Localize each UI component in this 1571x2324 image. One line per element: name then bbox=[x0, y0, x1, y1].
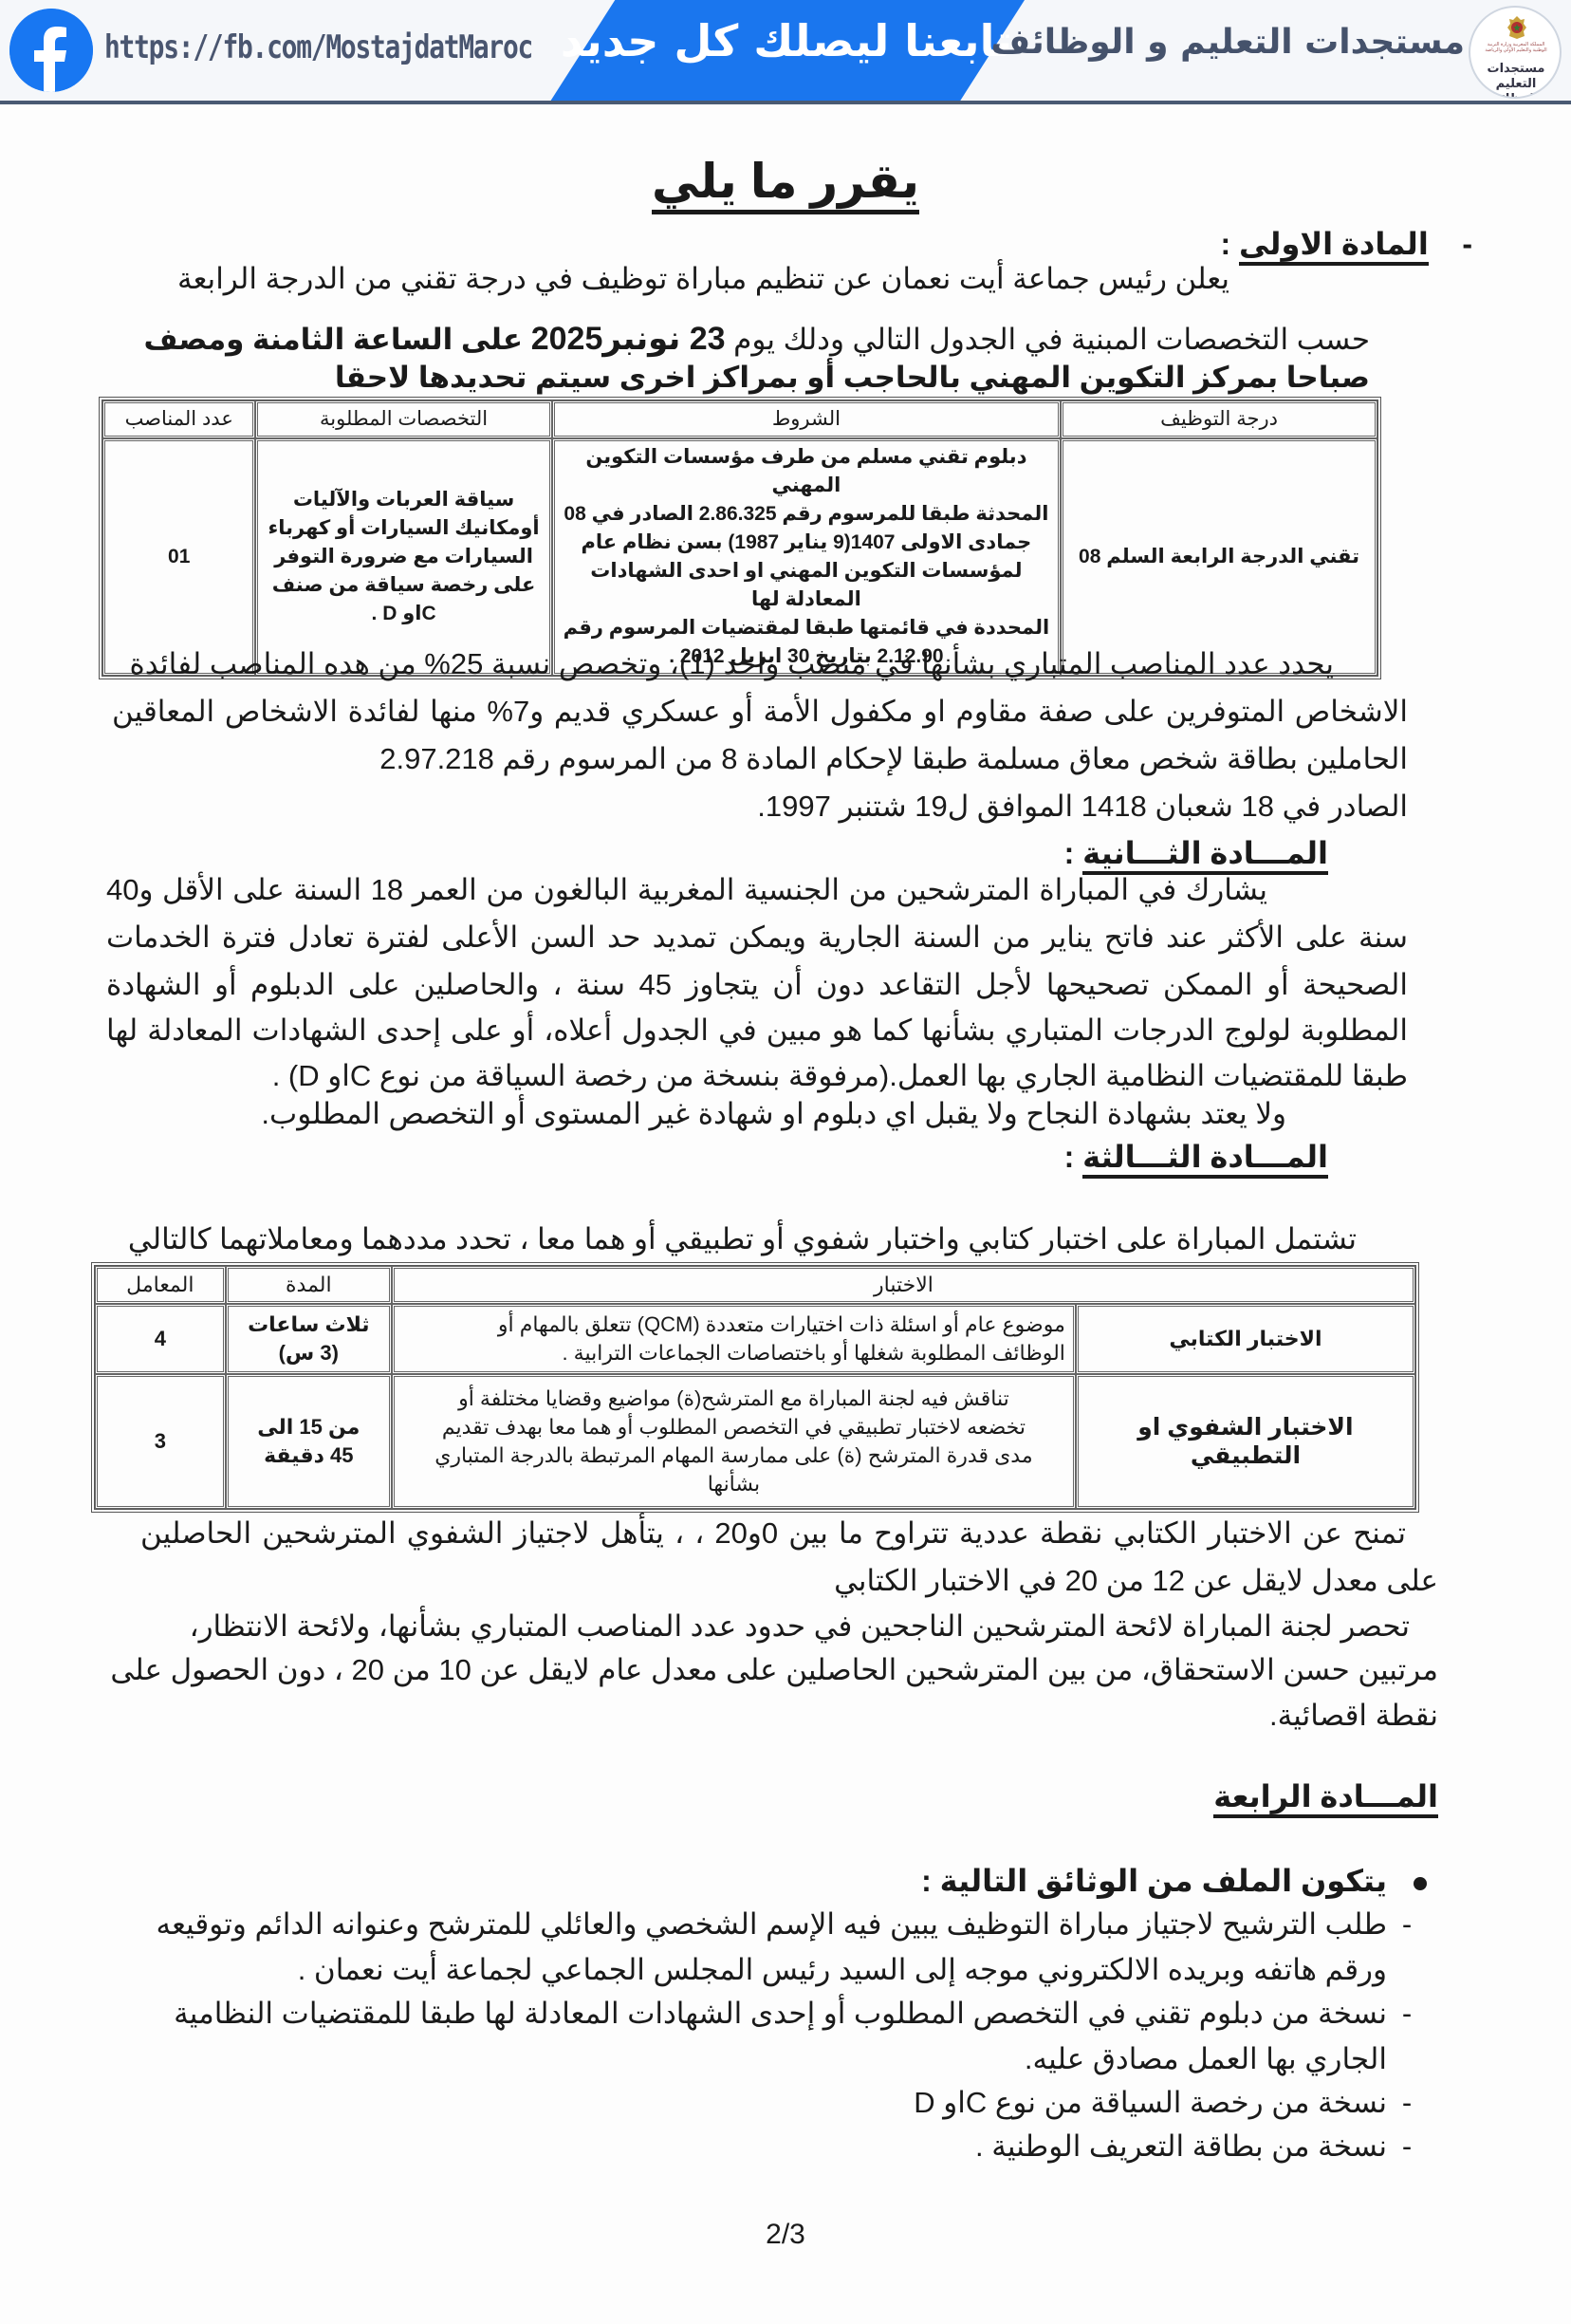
grade-cell: تقني الدرجة الرابعة السلم 08 bbox=[1061, 438, 1377, 676]
file-documents-heading: يتكون الملف من الوثائق التالية bbox=[940, 1864, 1387, 1898]
colon: : bbox=[1221, 227, 1231, 261]
positions-cell: 01 bbox=[102, 438, 255, 676]
article1-line2: حسب التخصصات المبنية في الجدول التالي ود… bbox=[142, 323, 1370, 355]
dash-icon: - bbox=[1387, 2088, 1427, 2117]
colon: : bbox=[1064, 1140, 1075, 1174]
brand-logo: المملكة المغربية وزارة التربية الوطنية و… bbox=[1469, 6, 1562, 99]
positions-table: درجة التوظيف الشروط التخصصات المطلوبة عد… bbox=[99, 397, 1381, 679]
conditions-cell: دبلوم تقني مسلم من طرف مؤسسات التكوين ال… bbox=[552, 438, 1061, 676]
document-item: -نسخة من بطاقة التعريف الوطنية . bbox=[975, 2131, 1427, 2161]
document-item-text: طلب الترشيح لاجتياز مباراة التوظيف يبين … bbox=[156, 1907, 1387, 1941]
col-duration-header: المدة bbox=[226, 1266, 392, 1304]
document-item: -طلب الترشيح لاجتياز مباراة التوظيف يبين… bbox=[156, 1909, 1427, 1939]
document-item-text: نسخة من بطاقة التعريف الوطنية . bbox=[975, 2129, 1387, 2163]
exam-time: على الساعة الثامنة ومصف bbox=[143, 323, 523, 356]
condition-line: لمؤسسات التكوين المهني او احدى الشهادات … bbox=[561, 557, 1052, 614]
exams-table: الاختبار المدة المعامل الاختبار الكتابي … bbox=[91, 1262, 1419, 1513]
scoring-line1: تمنح عن الاختبار الكتابي نقطة عددية تترا… bbox=[140, 1518, 1406, 1548]
quota-line4: الصادر في 18 شعبان 1418 الموافق ل19 شتنب… bbox=[757, 791, 1408, 821]
quota-line3: الحاملين بطاقة شخص معاق مسلمة طبقا لإحكا… bbox=[379, 744, 1408, 773]
specialty-line: السيارات مع ضرورة التوفر bbox=[264, 543, 543, 571]
article3-heading-text: المـــادة الثـــالثة bbox=[1082, 1140, 1328, 1179]
article1-line1: يعلن رئيس جماعة أيت نعمان عن تنظيم مبارا… bbox=[177, 264, 1229, 293]
document-item: -نسخة من رخصة السياقة من نوع Cاو D bbox=[914, 2088, 1427, 2117]
article2-line6: ولا يعتد بشهادة النجاح ولا يقبل اي دبلوم… bbox=[261, 1099, 1286, 1128]
specialties-cell: سياقة العربات والآليات أومكانيك السيارات… bbox=[255, 438, 551, 676]
scoring-line4: مرتبين حسن الاستحقاق، من بين المترشحين ا… bbox=[114, 1655, 1438, 1684]
exam-description-cell: تناقش فيه لجنة المباراة مع المترشح(ة) مو… bbox=[392, 1374, 1076, 1509]
document-item-text: نسخة من دبلوم تقني في التخصص المطلوب أو … bbox=[174, 1997, 1387, 2030]
facebook-url-link[interactable]: https://fb.com/MostajdatMaroc bbox=[104, 28, 532, 66]
dash: - bbox=[1462, 227, 1472, 261]
article2-line4: المطلوبة لولوج الدرجات المتباري بشأنها ك… bbox=[106, 1015, 1408, 1045]
logo-name-line2: والوظائف bbox=[1470, 91, 1562, 99]
col-conditions-header: الشروط bbox=[552, 400, 1061, 438]
table-row: الاختبار الكتابي موضوع عام أو اسئلة ذات … bbox=[95, 1304, 1415, 1374]
file-documents-bullet: يتكون الملف من الوثائق التالية : bbox=[921, 1866, 1427, 1896]
col-specialties-header: التخصصات المطلوبة bbox=[255, 400, 551, 438]
col-exam-header: الاختبار bbox=[392, 1266, 1415, 1304]
condition-line: جمادى الاولى 1407(9 يناير 1987) بسن نظام… bbox=[561, 529, 1052, 557]
duration-line: من 15 الى bbox=[236, 1413, 381, 1441]
duration-line: 45 دقيقة bbox=[236, 1441, 381, 1470]
specialty-line: على رخصة سياقة من صنف bbox=[264, 571, 543, 600]
colon: : bbox=[921, 1864, 932, 1898]
article2-line5: طبقا للمقتضيات النظامية الجاري بها العمل… bbox=[272, 1061, 1408, 1090]
document-item-text: نسخة من رخصة السياقة من نوع Cاو D bbox=[914, 2086, 1387, 2119]
dash-icon: - bbox=[1387, 1999, 1427, 2028]
description-line: مدى قدرة المترشح (ة) على ممارسة المهام ا… bbox=[402, 1441, 1065, 1470]
description-line: تخضعه لاختبار تطبيقي في التخصص المطلوب أ… bbox=[402, 1413, 1065, 1441]
document-item: -نسخة من دبلوم تقني في التخصص المطلوب أو… bbox=[174, 1999, 1427, 2028]
article2-line3: الصحيحة أو الممكن تصحيحها لأجل التقاعد د… bbox=[106, 970, 1408, 999]
specialty-line: أومكانيك السيارات أو كهرباء bbox=[264, 514, 543, 543]
condition-line: دبلوم تقني مسلم من طرف مؤسسات التكوين ال… bbox=[561, 443, 1052, 500]
description-line: موضوع عام أو اسئلة ذات اختيارات متعددة (… bbox=[402, 1311, 1065, 1339]
col-coefficient-header: المعامل bbox=[95, 1266, 226, 1304]
logo-ministry-text: المملكة المغربية وزارة التربية الوطنية و… bbox=[1480, 42, 1552, 53]
condition-line: المحددة في قائمتها طبقا لمقتضيات المرسوم… bbox=[561, 614, 1052, 642]
logo-name-line1: مستجدات التعليم bbox=[1470, 61, 1562, 91]
document-page: يقرر ما يلي - المادة الاولى : يعلن رئيس … bbox=[0, 104, 1571, 2324]
coefficient-cell: 3 bbox=[95, 1374, 226, 1509]
dash-icon: - bbox=[1387, 2131, 1427, 2161]
col-positions-header: عدد المناصب bbox=[102, 400, 255, 438]
article2-heading-text: المـــادة الثـــانية bbox=[1082, 836, 1328, 875]
exam-name-cell: الاختبار الشفوي او التطبيقي bbox=[1076, 1374, 1415, 1509]
duration-line: ثلاث ساعات bbox=[236, 1311, 381, 1339]
scoring-line2: على معدل لايقل عن 12 من 20 في الاختبار ا… bbox=[834, 1566, 1438, 1595]
bullet-icon bbox=[1414, 1877, 1427, 1890]
facebook-icon[interactable] bbox=[9, 9, 93, 92]
specialty-line: Cاو D . bbox=[264, 600, 543, 628]
scoring-line5: نقطة اقصائية. bbox=[1269, 1701, 1438, 1730]
duration-cell: من 15 الى 45 دقيقة bbox=[226, 1374, 392, 1509]
article1-line2-text: حسب التخصصات المبنية في الجدول التالي ود… bbox=[733, 323, 1370, 356]
table-row: الاختبار الشفوي او التطبيقي تناقش فيه لج… bbox=[95, 1374, 1415, 1509]
article3-heading: المـــادة الثـــالثة : bbox=[1064, 1139, 1328, 1175]
colon: : bbox=[1064, 836, 1075, 870]
article2-heading: المـــادة الثـــانية : bbox=[1064, 835, 1328, 871]
exam-description-cell: موضوع عام أو اسئلة ذات اختيارات متعددة (… bbox=[392, 1304, 1076, 1374]
article1-heading-text: المادة الاولى bbox=[1239, 227, 1429, 266]
exam-date: 23 نونبر2025 bbox=[531, 321, 726, 357]
table-row: تقني الدرجة الرابعة السلم 08 دبلوم تقني … bbox=[102, 438, 1377, 676]
article3-intro: تشتمل المباراة على اختبار كتابي واختبار … bbox=[128, 1224, 1357, 1254]
col-grade-header: درجة التوظيف bbox=[1061, 400, 1377, 438]
duration-line: (3 س) bbox=[236, 1339, 381, 1367]
condition-line: المحدثة طبقا للمرسوم رقم 2.86.325 الصادر… bbox=[561, 500, 1052, 529]
page-number: 2/3 bbox=[0, 2219, 1571, 2251]
article4-heading: المـــادة الرابعة bbox=[1213, 1778, 1438, 1814]
specialty-line: سياقة العربات والآليات bbox=[264, 486, 543, 514]
exam-name-cell: الاختبار الكتابي bbox=[1076, 1304, 1415, 1374]
article4-heading-text: المـــادة الرابعة bbox=[1213, 1779, 1438, 1818]
decision-title-text: يقرر ما يلي bbox=[652, 155, 919, 214]
coat-of-arms-icon bbox=[1505, 15, 1529, 40]
follow-us-text: تابعنا ليصلك كل جديد bbox=[548, 15, 1025, 66]
document-item-cont: الجاري بها العمل مصادق عليه. bbox=[1025, 2044, 1387, 2073]
scoring-line3: تحصر لجنة المباراة لائحة المترشحين الناج… bbox=[190, 1611, 1410, 1641]
decision-title: يقرر ما يلي bbox=[0, 154, 1571, 209]
description-line: بشأنها bbox=[402, 1470, 1065, 1498]
logo-name: مستجدات التعليم والوظائف bbox=[1470, 61, 1562, 99]
article1-heading: - المادة الاولى : bbox=[1221, 226, 1473, 262]
quota-line1: يحدد عدد المناصب المتباري بشأنها في منصب… bbox=[130, 649, 1334, 679]
document-item-cont: ورقم هاتفه وبريده الالكتروني موجه إلى ال… bbox=[298, 1955, 1387, 1984]
article2-line1: يشارك في المباراة المترشحين من الجنسية ا… bbox=[106, 875, 1267, 904]
description-line: تناقش فيه لجنة المباراة مع المترشح(ة) مو… bbox=[402, 1385, 1065, 1413]
duration-cell: ثلاث ساعات (3 س) bbox=[226, 1304, 392, 1374]
coefficient-cell: 4 bbox=[95, 1304, 226, 1374]
dash-icon: - bbox=[1387, 1909, 1427, 1939]
quota-line2: الاشخاص المتوفرين على صفة مقاوم او مكفول… bbox=[112, 697, 1408, 726]
site-banner: https://fb.com/MostajdatMaroc تابعنا ليص… bbox=[0, 0, 1571, 102]
description-line: الوظائف المطلوبة شغلها أو باختصاصات الجم… bbox=[402, 1339, 1065, 1367]
article1-line3: صباحا بمركز التكوين المهني بالحاجب أو بم… bbox=[335, 363, 1370, 392]
brand-name: مستجدات التعليم و الوظائف bbox=[990, 23, 1465, 62]
article2-line2: سنة على الأكثر عند فاتح يناير من السنة ا… bbox=[106, 922, 1408, 952]
